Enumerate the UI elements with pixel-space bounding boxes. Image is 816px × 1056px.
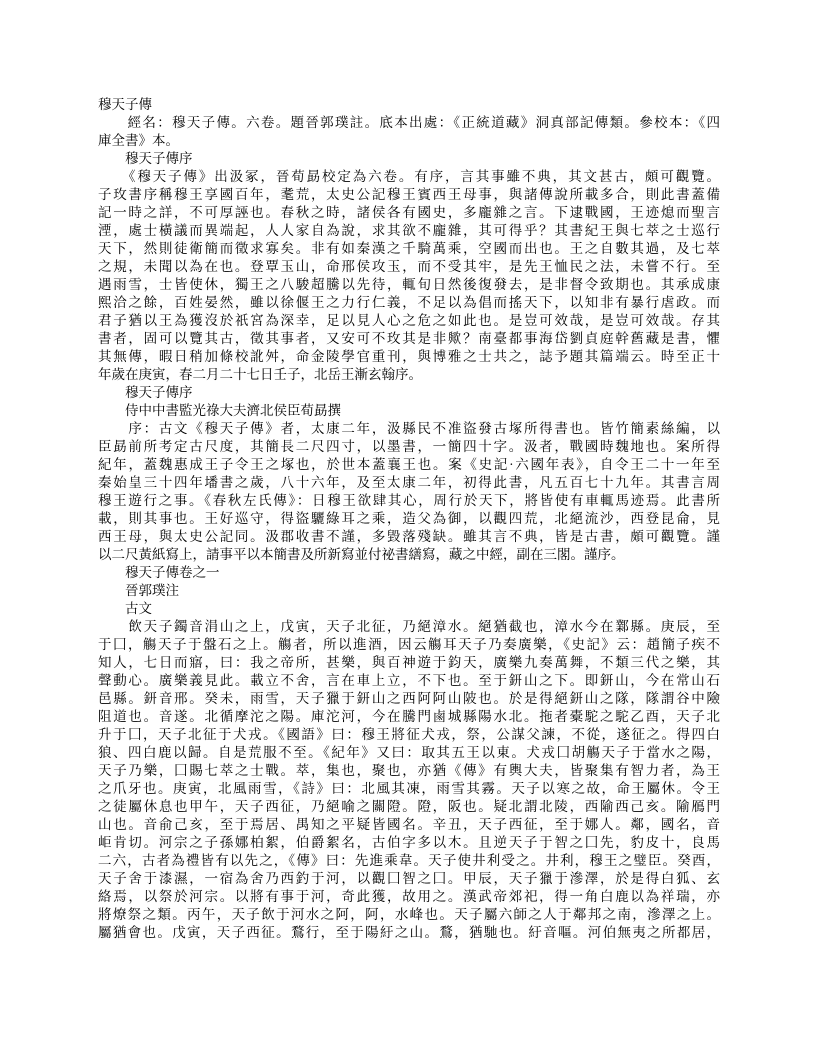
text-line: 飲天子鐲音涓山之上，戊寅，天子北征，乃絕漳水。絕猶截也，漳水今在鄴縣。庚辰，至 [98,618,720,636]
text-block: 穆天子傳 經名：穆天子傳。六卷。題晉郭璞註。底本出處：《正統道藏》洞真部記傳類。… [98,96,720,942]
text-line: 載，則其事也。王好巡守，得盜驪綠耳之乘，造父為御，以觀四荒，北絕流沙，西登昆侖，… [98,510,720,528]
text-line: 臣勗前所考定古尺度，其簡長二尺四寸，以墨書，一簡四十字。汲者，戰國時魏地也。案所… [98,438,720,456]
text-line: 山也。音俞己亥，至于焉居、禺知之平疑皆國名。辛丑，天子西征，至于娜人。鄰，國名，… [98,816,720,834]
text-line: 狼、四白鹿以歸。自是荒服不至。《紀年》又曰：取其五王以東。犬戎囗胡觴天子于當水之… [98,744,720,762]
text-line: 屬猶會也。戊寅，天子西征。鶩行，至于陽紆之山。鶩，猶馳也。紆音嘔。河伯無夷之所都… [98,924,720,942]
text-line: 古文 [98,600,720,618]
text-line: 晉郭璞注 [98,582,720,600]
text-line: 之徒屬休息也甲午，天子西征，乃絕喻之關隥。隥，阪也。疑北謂北陵，西隃西己亥。隃鴈… [98,798,720,816]
text-line: 《穆天子傳》出汲冢，晉荀勗校定為六卷。有序，言其事雖不典，其文甚古，頗可觀覽。 [98,168,720,186]
document-page: 穆天子傳 經名：穆天子傳。六卷。題晉郭璞註。底本出處：《正統道藏》洞真部記傳類。… [0,0,816,1056]
text-line: 子玫書序稱穆王享國百年，耄荒，太史公記穆王賓西王母事，與諸傳說所載多合，則此書蓋… [98,186,720,204]
text-line: 岠肯切。河宗之子孫娜柏絮，伯爵絮名，古伯字多以木。且逆天子于智之囗先，豹皮十，良… [98,834,720,852]
text-line: 其無傳，暇日稍加條校訛舛，命金陵學官重刊，與博雅之士共之，誌予題其篇端云。時至正… [98,348,720,366]
text-line: 于囗，觴天子于盤石之上。觴者，所以進酒，因云觴耳天子乃奏廣樂，《史記》云：趙簡子… [98,636,720,654]
text-line: 穆天子傳序 [98,384,720,402]
text-line: 穆天子傳序 [98,150,720,168]
text-line: 聲動心。廣樂義見此。載立不舍，言在車上立，不下也。至于鈃山之下。即鈃山，今在常山… [98,672,720,690]
text-line: 秦始皇三十四年墦書之歲，八十六年，及至太康二年，初得此書，凡五百七十九年。其書言… [98,474,720,492]
text-line: 君子猶以王為獲沒於祇宮為深幸，足以見人心之危之如此也。是豈可效哉，是豈可效哉。存… [98,312,720,330]
text-line: 庫全書》本。 [98,132,720,150]
text-line: 二六，古者為禮皆有以先之，《傳》曰：先進乘韋。天子使井利受之。井利，穆王之璧臣。… [98,852,720,870]
text-line: 熙洽之餘，百姓晏然，雖以徐偃王之力行仁義，不足以為倡而搖天下，以知非有暴行虐政。… [98,294,720,312]
text-line: 紀年，蓋魏惠成王子令王之塚也，於世本蓋襄王也。案《史記·六國年表》，自令王二十一… [98,456,720,474]
text-line: 湮，處士橫議而異端起，人人家自為說，求其欲不龐雜，其可得乎？其書紀王與七萃之士巡… [98,222,720,240]
text-line: 書者，固可以覽其古，徵其事者，又安可不玫其是非歟？南臺都事海岱劉貞庭幹舊藏是書，… [98,330,720,348]
text-line: 年歲在庚寅，春二月二十七日壬子，北岳王漸玄翰序。 [98,366,720,384]
text-line: 天子乃樂，囗賜七萃之士戰。萃，集也，聚也，亦猶《傳》有輿大夫，皆聚集有智力者，為… [98,762,720,780]
document-title: 穆天子傳 [98,96,720,114]
text-line: 遇雨雪，士皆使休，獨王之八駿超騰以先待，輒旬日然後復發去，是非督令致期也。其承成… [98,276,720,294]
text-line: 阻道也。音遂。北循摩沱之陽。庫沱河，今在騰門鹵城縣陽水北。拖者橐駝之駝乙酉，天子… [98,708,720,726]
text-line: 以二尺黃紙寫上，請事平以本簡書及所新寫並付祕書繕寫，藏之中經，副在三閣。謹序。 [98,546,720,564]
text-line: 天下，然則徒衛簡而徵求寡矣。非有如秦漢之千騎萬乘，空國而出也。王之自數其過，及七… [98,240,720,258]
text-line: 西王母，與太史公記同。汲郡收書不謹，多毀落殘缺。雖其言不典，皆是古書，頗可觀覽。… [98,528,720,546]
text-line: 經名：穆天子傳。六卷。題晉郭璞註。底本出處：《正統道藏》洞真部記傳類。參校本：《… [98,114,720,132]
text-line: 之規，未聞以為在也。登覃玉山，命邢侯攻玉，而不受其牢，是先王恤民之法，未嘗不行。… [98,258,720,276]
text-line: 知人，七日而寤，曰：我之帝所，甚樂，與百神遊于鈞天，廣樂九奏萬舞，不類三代之樂，… [98,654,720,672]
text-line: 穆天子傳卷之一 [98,564,720,582]
text-line: 侍中中書監光祿大夫濟北侯臣荀勗撰 [98,402,720,420]
text-line: 之爪牙也。庚寅，北風雨雪，《詩》曰：北風其凍，雨雪其霧。天子以寒之故，命王屬休。… [98,780,720,798]
text-line: 穆王遊行之事。《春秋左氏傳》：日穆王欲肆其心，周行於天下，將皆使有車輒馬迹焉。此… [98,492,720,510]
text-line: 邑縣。鈃音邢。癸未，雨雪，天子獵于鈃山之西阿阿山陂也。於是得絕鈃山之隊，隊謂谷中… [98,690,720,708]
text-line: 序：古文《穆天子傳》者，太康二年，汲縣民不准盜發古塚所得書也。皆竹簡素絲編，以 [98,420,720,438]
text-line: 升于囗，天子北征于犬戎。《國語》曰：穆王將征犬戎，祭，公謀父諫，不從，遂征之。得… [98,726,720,744]
text-line: 將燎祭之類。丙午，天子飲于河水之阿，阿，水峰也。天子屬六師之人于鄰邦之南，滲澤之… [98,906,720,924]
text-line: 記一時之詳，不可厚誣也。春秋之時，諸侯各有國史，多龐雜之言。下逮戰國，王迹熄而聖… [98,204,720,222]
text-line: 天子舍于漆濕，一宿為舍乃西釣于河，以觀囗智之囗。甲辰，天子獵于滲澤，於是得白狐、… [98,870,720,888]
text-line: 絡焉，以祭於河宗。以將有事于河，奇此獲，故用之。漢武帝郊祀，得一角白鹿以為祥瑞，… [98,888,720,906]
